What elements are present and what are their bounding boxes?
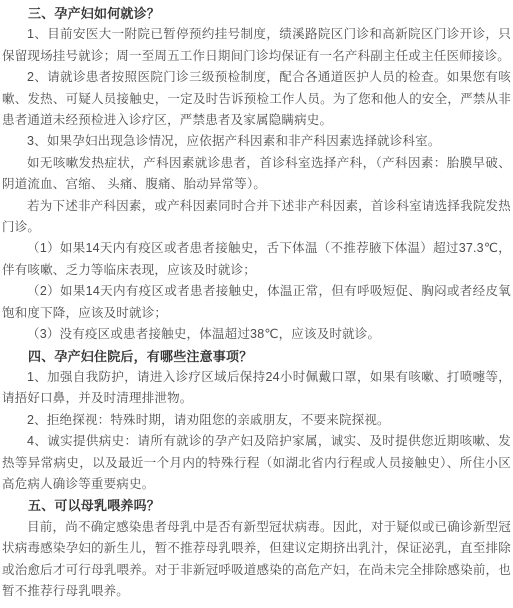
paragraph: （3）没有疫区或患者接触史，体温超过38℃，应该及时就诊。 (2, 324, 511, 345)
paragraph: 若为下述非产科因素，或产科因素同时合并下述非产科因素，首诊科室请选择我院发热门诊… (2, 196, 511, 239)
paragraph: 1、目前安医大一附院已暂停预约挂号制度，绩溪路院区门诊和高新院区门诊开诊，只保留… (2, 24, 511, 67)
section-heading-5: 五、可以母乳喂养吗？ (2, 495, 511, 516)
paragraph: （2）如果14天内有疫区或者患者接触史，体温正常，但有呼吸短促、胸闷或者经皮氧饱… (2, 281, 511, 324)
paragraph: 3、如果孕妇出现急诊情况，应依据产科因素和非产科因素选择就诊科室。 (2, 131, 511, 152)
paragraph: （1）如果14天内有疫区或者患者接触史，舌下体温（不推荐腋下体温）超过37.3℃… (2, 238, 511, 281)
paragraph: 4、诚实提供病史：请所有就诊的孕产妇及陪护家属，诚实、及时提供您近期咳嗽、发热等… (2, 431, 511, 495)
section-heading-3: 三、孕产妇如何就诊？ (2, 3, 511, 24)
paragraph: 1、加强自我防护，请进入诊疗区域后保持24小时佩戴口罩，如果有咳嗽、打喷嚏等，请… (2, 367, 511, 410)
paragraph: 目前，尚不确定感染患者母乳中是否有新型冠状病毒。因此，对于疑似或已确诊新型冠状病… (2, 517, 511, 603)
paragraph: 2、请就诊患者按照医院门诊三级预检制度，配合各通道医护人员的检查。如果您有咳嗽、… (2, 67, 511, 131)
document: 三、孕产妇如何就诊？ 1、目前安医大一附院已暂停预约挂号制度，绩溪路院区门诊和高… (0, 0, 513, 608)
paragraph: 2、拒绝探视：特殊时期，请劝阻您的亲戚朋友，不要来院探视。 (2, 410, 511, 431)
paragraph: 如无咳嗽发热症状，产科因素就诊患者，首诊科室选择产科，（产科因素：胎膜早破、阴道… (2, 153, 511, 196)
section-heading-4: 四、孕产妇住院后，有哪些注意事项？ (2, 346, 511, 367)
